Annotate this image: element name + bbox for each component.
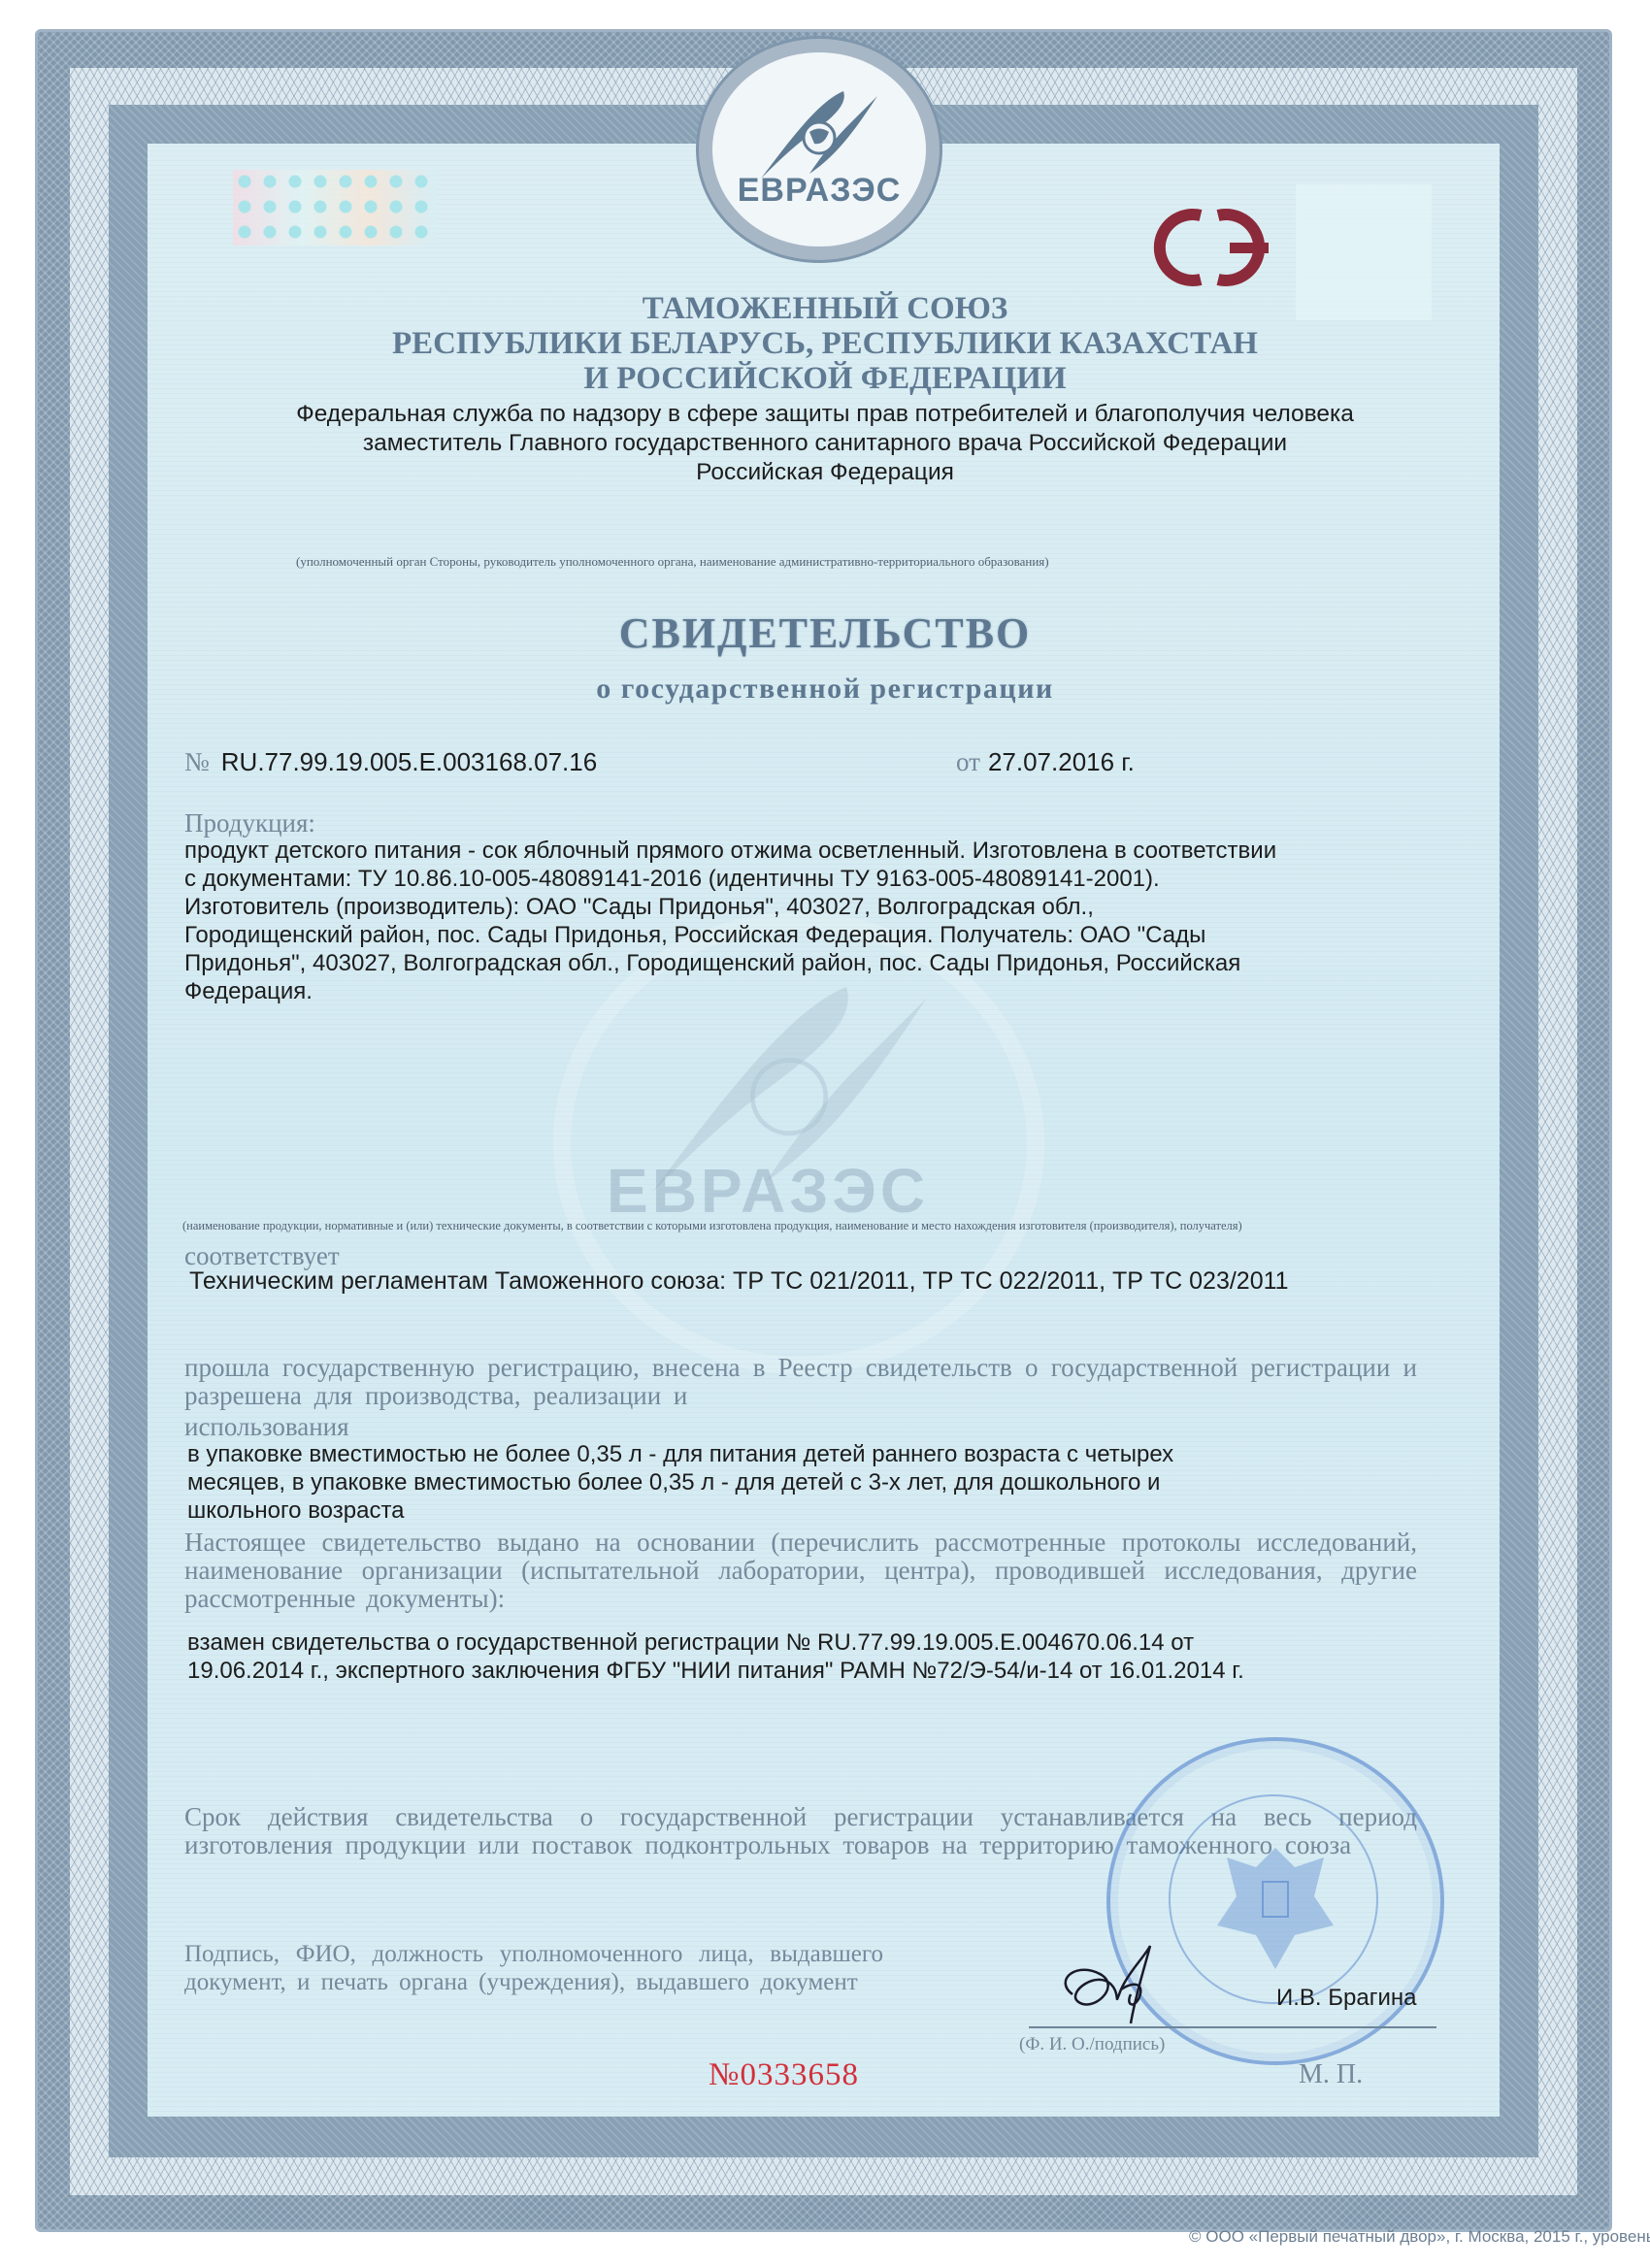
agency-line: Российская Федерация (184, 458, 1466, 487)
product-line: Городищенский район, пос. Сады Придонья,… (184, 921, 1475, 949)
registration-date: от27.07.2016 г. (956, 747, 1135, 777)
product-line: Придонья", 403027, Волгоградская обл., Г… (184, 949, 1475, 977)
agency-line: заместитель Главного государственного са… (184, 429, 1466, 458)
registration-date-value: 27.07.2016 г. (988, 747, 1135, 776)
number-sign: № (184, 747, 210, 776)
usage-label: использования (184, 1413, 349, 1440)
basis-documents: взамен свидетельства о государственной р… (187, 1628, 1478, 1685)
basis-line: 19.06.2014 г., экспертного заключения ФГ… (187, 1657, 1478, 1685)
product-line: Изготовитель (производитель): ОАО "Сады … (184, 893, 1475, 921)
registration-number-value: RU.77.99.19.005.E.003168.07.16 (221, 747, 597, 776)
certificate-title: СВИДЕТЕЛЬСТВО (291, 608, 1359, 658)
product-line: Федерация. (184, 977, 1475, 1005)
date-prefix: от (956, 747, 980, 776)
product-description: продукт детского питания - сок яблочный … (184, 837, 1475, 1005)
handwritten-signature-icon (1053, 1941, 1189, 2028)
product-caption: (наименование продукции, нормативные и (… (182, 1219, 1242, 1233)
usage-conditions: в упаковке вместимостью не более 0,35 л … (187, 1440, 1449, 1525)
registration-statement: прошла государственную регистрацию, внес… (184, 1354, 1417, 1410)
basis-line: взамен свидетельства о государственной р… (187, 1628, 1478, 1657)
union-line: РЕСПУБЛИКИ БЕЛАРУСЬ, РЕСПУБЛИКИ КАЗАХСТА… (291, 326, 1359, 361)
product-line: продукт детского питания - сок яблочный … (184, 837, 1475, 865)
agency-caption: (уполномоченный орган Стороны, руководит… (296, 554, 1049, 570)
product-line: с документами: ТУ 10.86.10-005-48089141-… (184, 865, 1475, 893)
hologram-strip (233, 170, 437, 246)
evrazes-emblem: ЕВРАЗЭС (699, 39, 940, 260)
basis-statement: Настоящее свидетельство выдано на основа… (184, 1528, 1417, 1613)
agency-line: Федеральная служба по надзору в сфере за… (184, 400, 1466, 429)
printer-footer: © ООО «Первый печатный двор», г. Москва,… (1189, 2227, 1650, 2247)
signature-caption: Подпись, ФИО, должность уполномоченного … (184, 1940, 883, 1996)
issuing-agency: Федеральная служба по надзору в сфере за… (184, 400, 1466, 487)
signature-line (1029, 2026, 1436, 2028)
usage-line: месяцев, в упаковке вместимостью более 0… (187, 1468, 1449, 1496)
union-title: ТАМОЖЕННЫЙ СОЮЗ РЕСПУБЛИКИ БЕЛАРУСЬ, РЕС… (291, 291, 1359, 396)
usage-line: школьного возраста (187, 1496, 1449, 1525)
eac-mark-icon (1140, 204, 1286, 291)
seal-place-label: М. П. (1299, 2059, 1363, 2090)
conformity-text: Техническим регламентам Таможенного союз… (189, 1267, 1289, 1296)
signer-name: И.В. Брагина (1276, 1985, 1416, 2012)
serial-number: №0333658 (709, 2057, 859, 2093)
registration-number: №RU.77.99.19.005.E.003168.07.16 (184, 747, 597, 777)
certificate-subtitle: о государственной регистрации (291, 673, 1359, 706)
fio-caption: (Ф. И. О./подпись) (1019, 2034, 1165, 2055)
evrazes-label: ЕВРАЗЭС (738, 172, 902, 210)
union-line: И РОССИЙСКОЙ ФЕДЕРАЦИИ (291, 361, 1359, 396)
product-label: Продукция: (184, 809, 315, 837)
union-line: ТАМОЖЕННЫЙ СОЮЗ (291, 291, 1359, 326)
evrazes-watermark-label: ЕВРАЗЭС (607, 1155, 929, 1227)
usage-line: в упаковке вместимостью не более 0,35 л … (187, 1440, 1449, 1468)
conformity-label: соответствует (184, 1242, 340, 1269)
